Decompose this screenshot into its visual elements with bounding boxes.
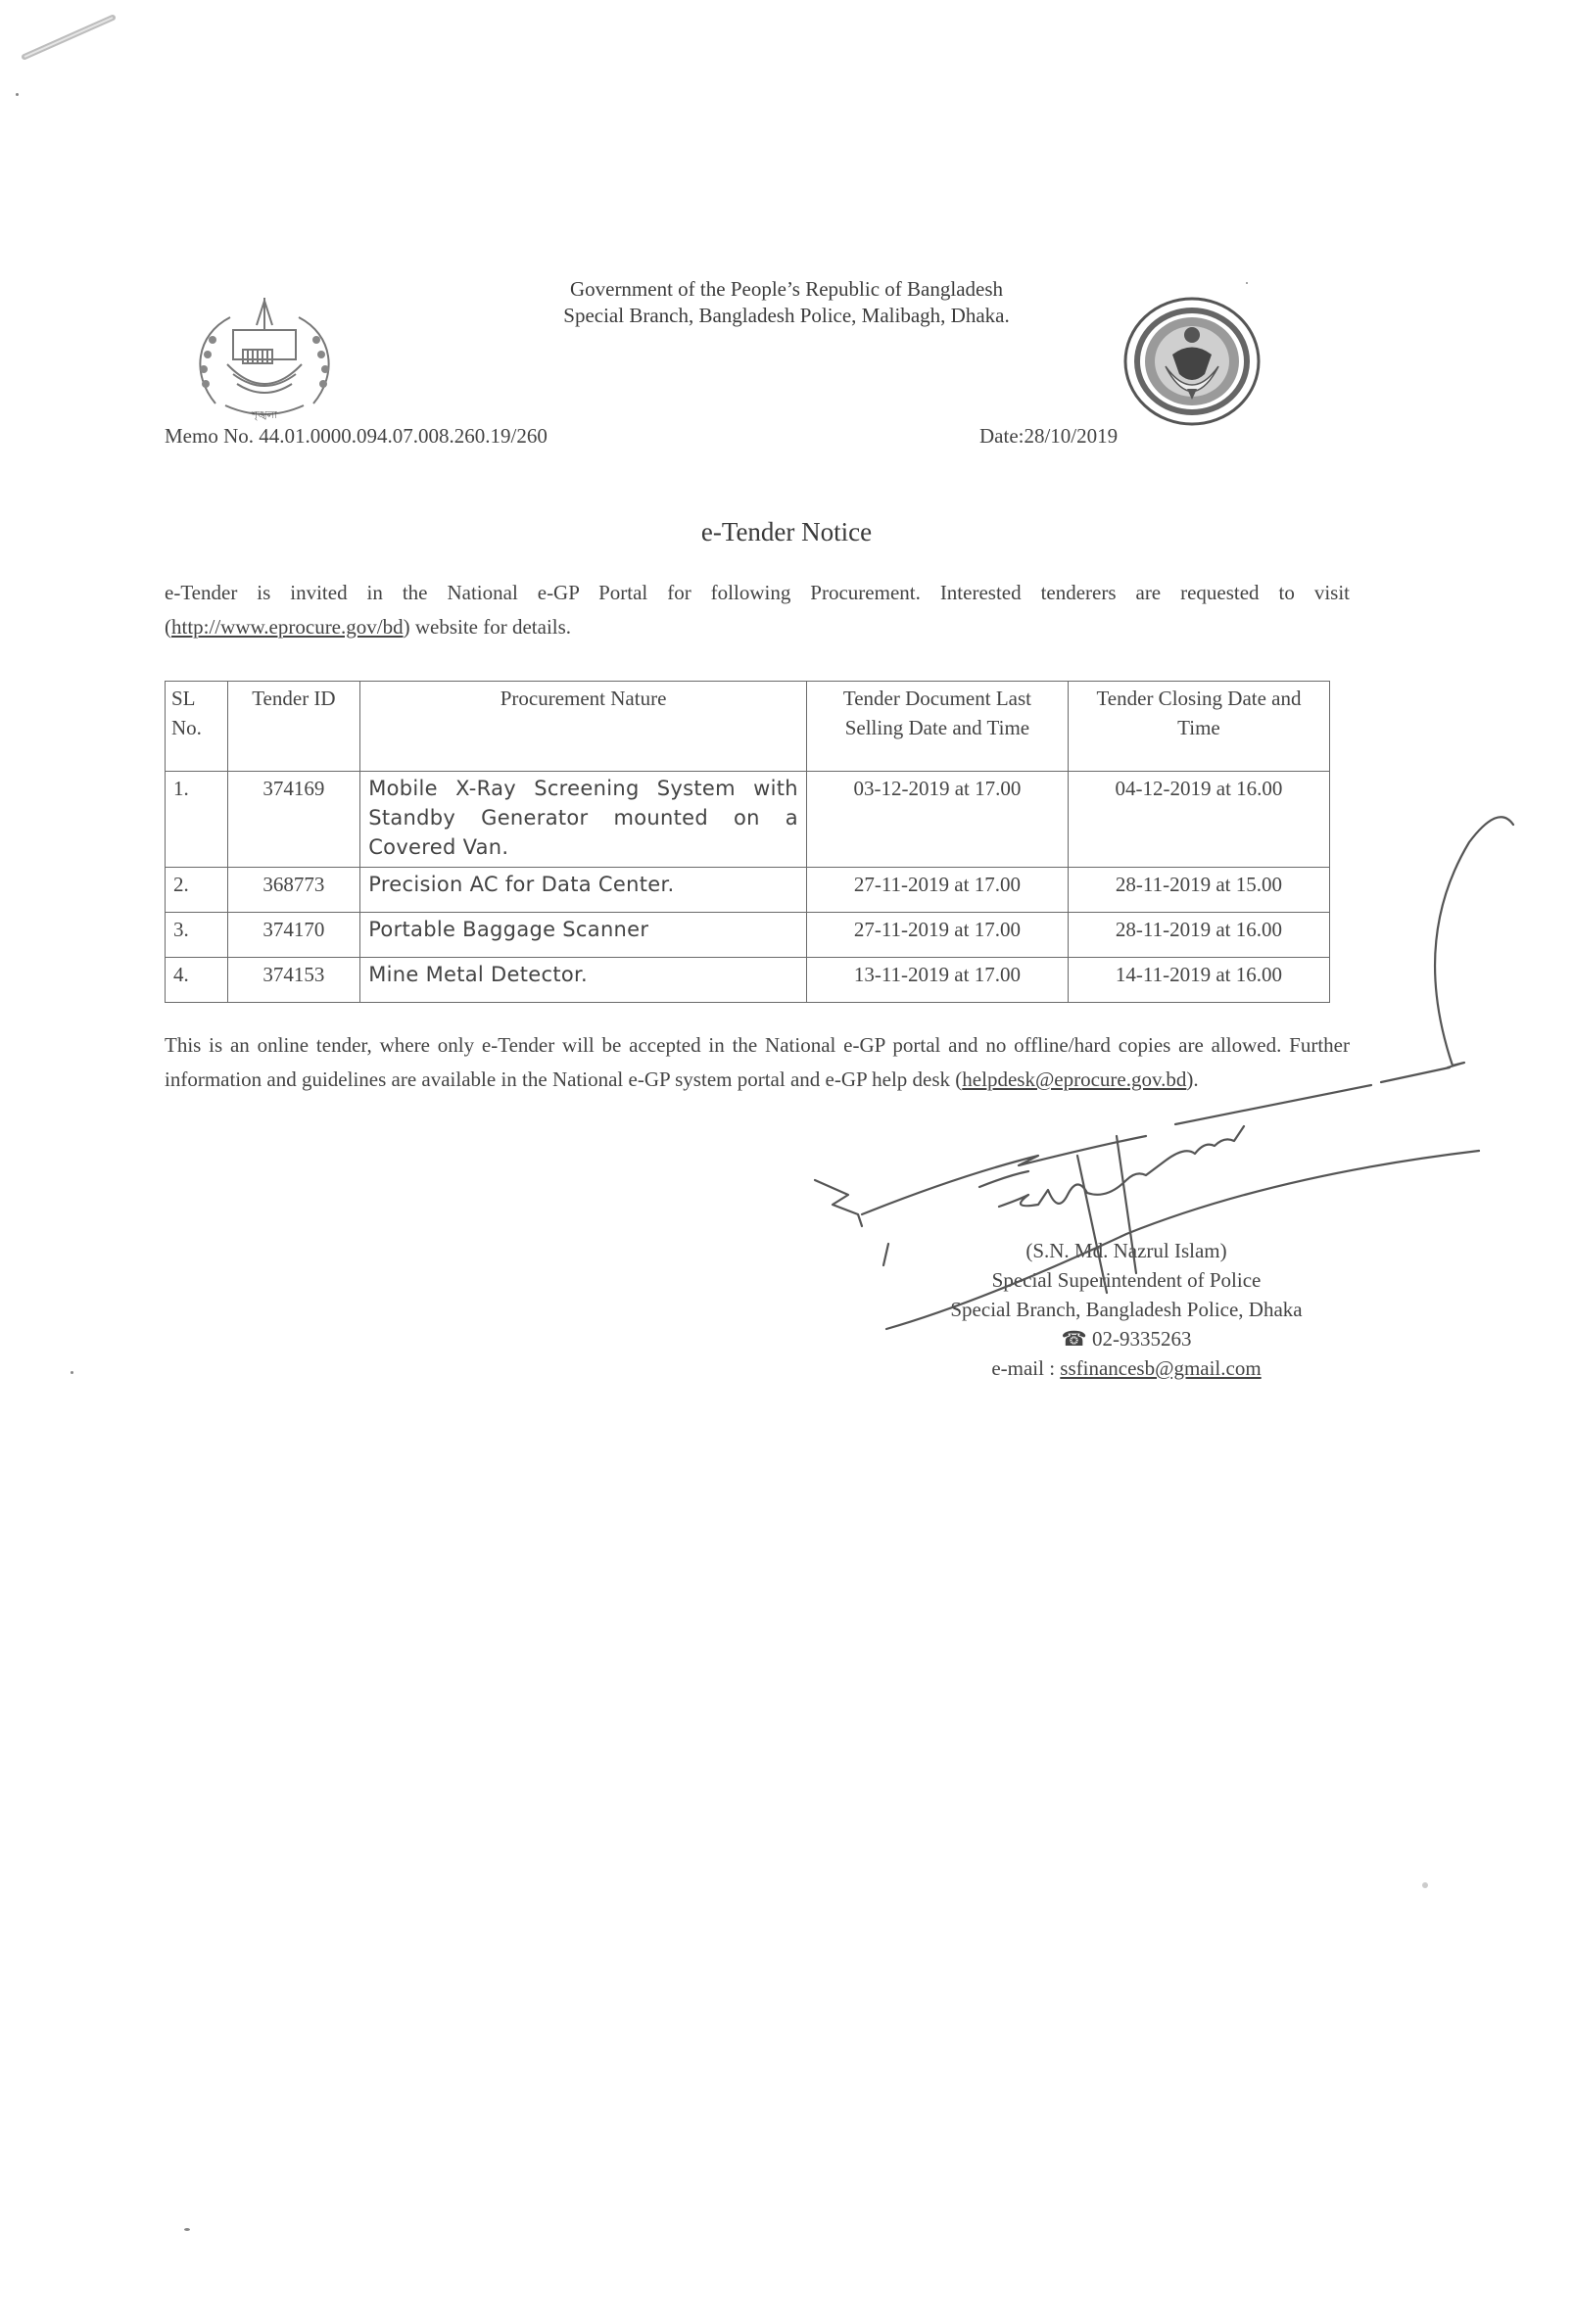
email-label: e-mail : [991, 1356, 1060, 1380]
cell-doc-last: 03-12-2019 at 17.00 [806, 772, 1068, 868]
cell-doc-last: 27-11-2019 at 17.00 [806, 868, 1068, 913]
cell-sl: 3. [166, 913, 228, 958]
cell-sl: 4. [166, 958, 228, 1003]
table-row: 3. 374170 Portable Baggage Scanner 27-11… [166, 913, 1330, 958]
notice-date: Date:28/10/2019 [979, 424, 1118, 449]
tender-table: SL No. Tender ID Procurement Nature Tend… [165, 681, 1330, 1003]
header-tender-id: Tender ID [227, 682, 360, 772]
cell-tender-id: 368773 [227, 868, 360, 913]
header-doc-last-selling: Tender Document Last Selling Date and Ti… [806, 682, 1068, 772]
signatory-phone: ☎ 02-9335263 [833, 1324, 1420, 1353]
table-header-row: SL No. Tender ID Procurement Nature Tend… [166, 682, 1330, 772]
cell-doc-last: 27-11-2019 at 17.00 [806, 913, 1068, 958]
scan-speck [16, 93, 19, 96]
signatory-block: (S.N. Md. Nazrul Islam) Special Superint… [833, 1236, 1420, 1383]
intro-paragraph: e-Tender is invited in the National e-GP… [165, 576, 1350, 644]
scan-speck [1422, 1882, 1428, 1888]
cell-sl: 2. [166, 868, 228, 913]
emblem-caption: শৃঙ্খলা [251, 410, 278, 421]
telephone-icon: ☎ [1062, 1327, 1087, 1351]
signatory-name: (S.N. Md. Nazrul Islam) [833, 1236, 1420, 1265]
scan-speck [71, 1371, 73, 1374]
scan-speck [184, 2228, 190, 2231]
signatory-office: Special Branch, Bangladesh Police, Dhaka [833, 1295, 1420, 1324]
cell-closing: 04-12-2019 at 16.00 [1068, 772, 1329, 868]
signatory-email: e-mail : ssfinancesb@gmail.com [833, 1353, 1420, 1383]
cell-closing: 28-11-2019 at 16.00 [1068, 913, 1329, 958]
phone-number: 02-9335263 [1092, 1327, 1192, 1351]
cell-doc-last: 13-11-2019 at 17.00 [806, 958, 1068, 1003]
table-row: 2. 368773 Precision AC for Data Center. … [166, 868, 1330, 913]
cell-tender-id: 374153 [227, 958, 360, 1003]
page-title: e-Tender Notice [0, 517, 1573, 547]
header-sl: SL No. [166, 682, 228, 772]
letterhead-line-1: Government of the People’s Republic of B… [0, 276, 1573, 303]
email-link[interactable]: ssfinancesb@gmail.com [1060, 1356, 1261, 1380]
cell-nature: Mine Metal Detector. [360, 958, 807, 1003]
cell-nature: Mobile X-Ray Screening System with Stand… [360, 772, 807, 868]
cell-tender-id: 374170 [227, 913, 360, 958]
footer-note: This is an online tender, where only e-T… [165, 1028, 1350, 1097]
eprocure-link[interactable]: http://www.eprocure.gov/bd [171, 615, 404, 639]
memo-number: Memo No. 44.01.0000.094.07.008.260.19/26… [165, 424, 548, 449]
helpdesk-email-link[interactable]: helpdesk@eprocure.gov.bd [962, 1067, 1186, 1091]
cell-nature: Portable Baggage Scanner [360, 913, 807, 958]
signatory-designation: Special Superintendent of Police [833, 1265, 1420, 1295]
intro-text-end: ) website for details. [404, 615, 571, 639]
cell-closing: 28-11-2019 at 15.00 [1068, 868, 1329, 913]
cell-closing: 14-11-2019 at 16.00 [1068, 958, 1329, 1003]
table-row: 4. 374153 Mine Metal Detector. 13-11-201… [166, 958, 1330, 1003]
table-row: 1. 374169 Mobile X-Ray Screening System … [166, 772, 1330, 868]
letterhead-line-2: Special Branch, Bangladesh Police, Malib… [0, 303, 1573, 329]
staple-mark [15, 10, 122, 69]
footer-text-end: ). [1186, 1067, 1198, 1091]
cell-sl: 1. [166, 772, 228, 868]
cell-nature: Precision AC for Data Center. [360, 868, 807, 913]
header-procurement-nature: Procurement Nature [360, 682, 807, 772]
cell-tender-id: 374169 [227, 772, 360, 868]
scan-speck [1246, 282, 1248, 284]
header-closing-date: Tender Closing Date and Time [1068, 682, 1329, 772]
